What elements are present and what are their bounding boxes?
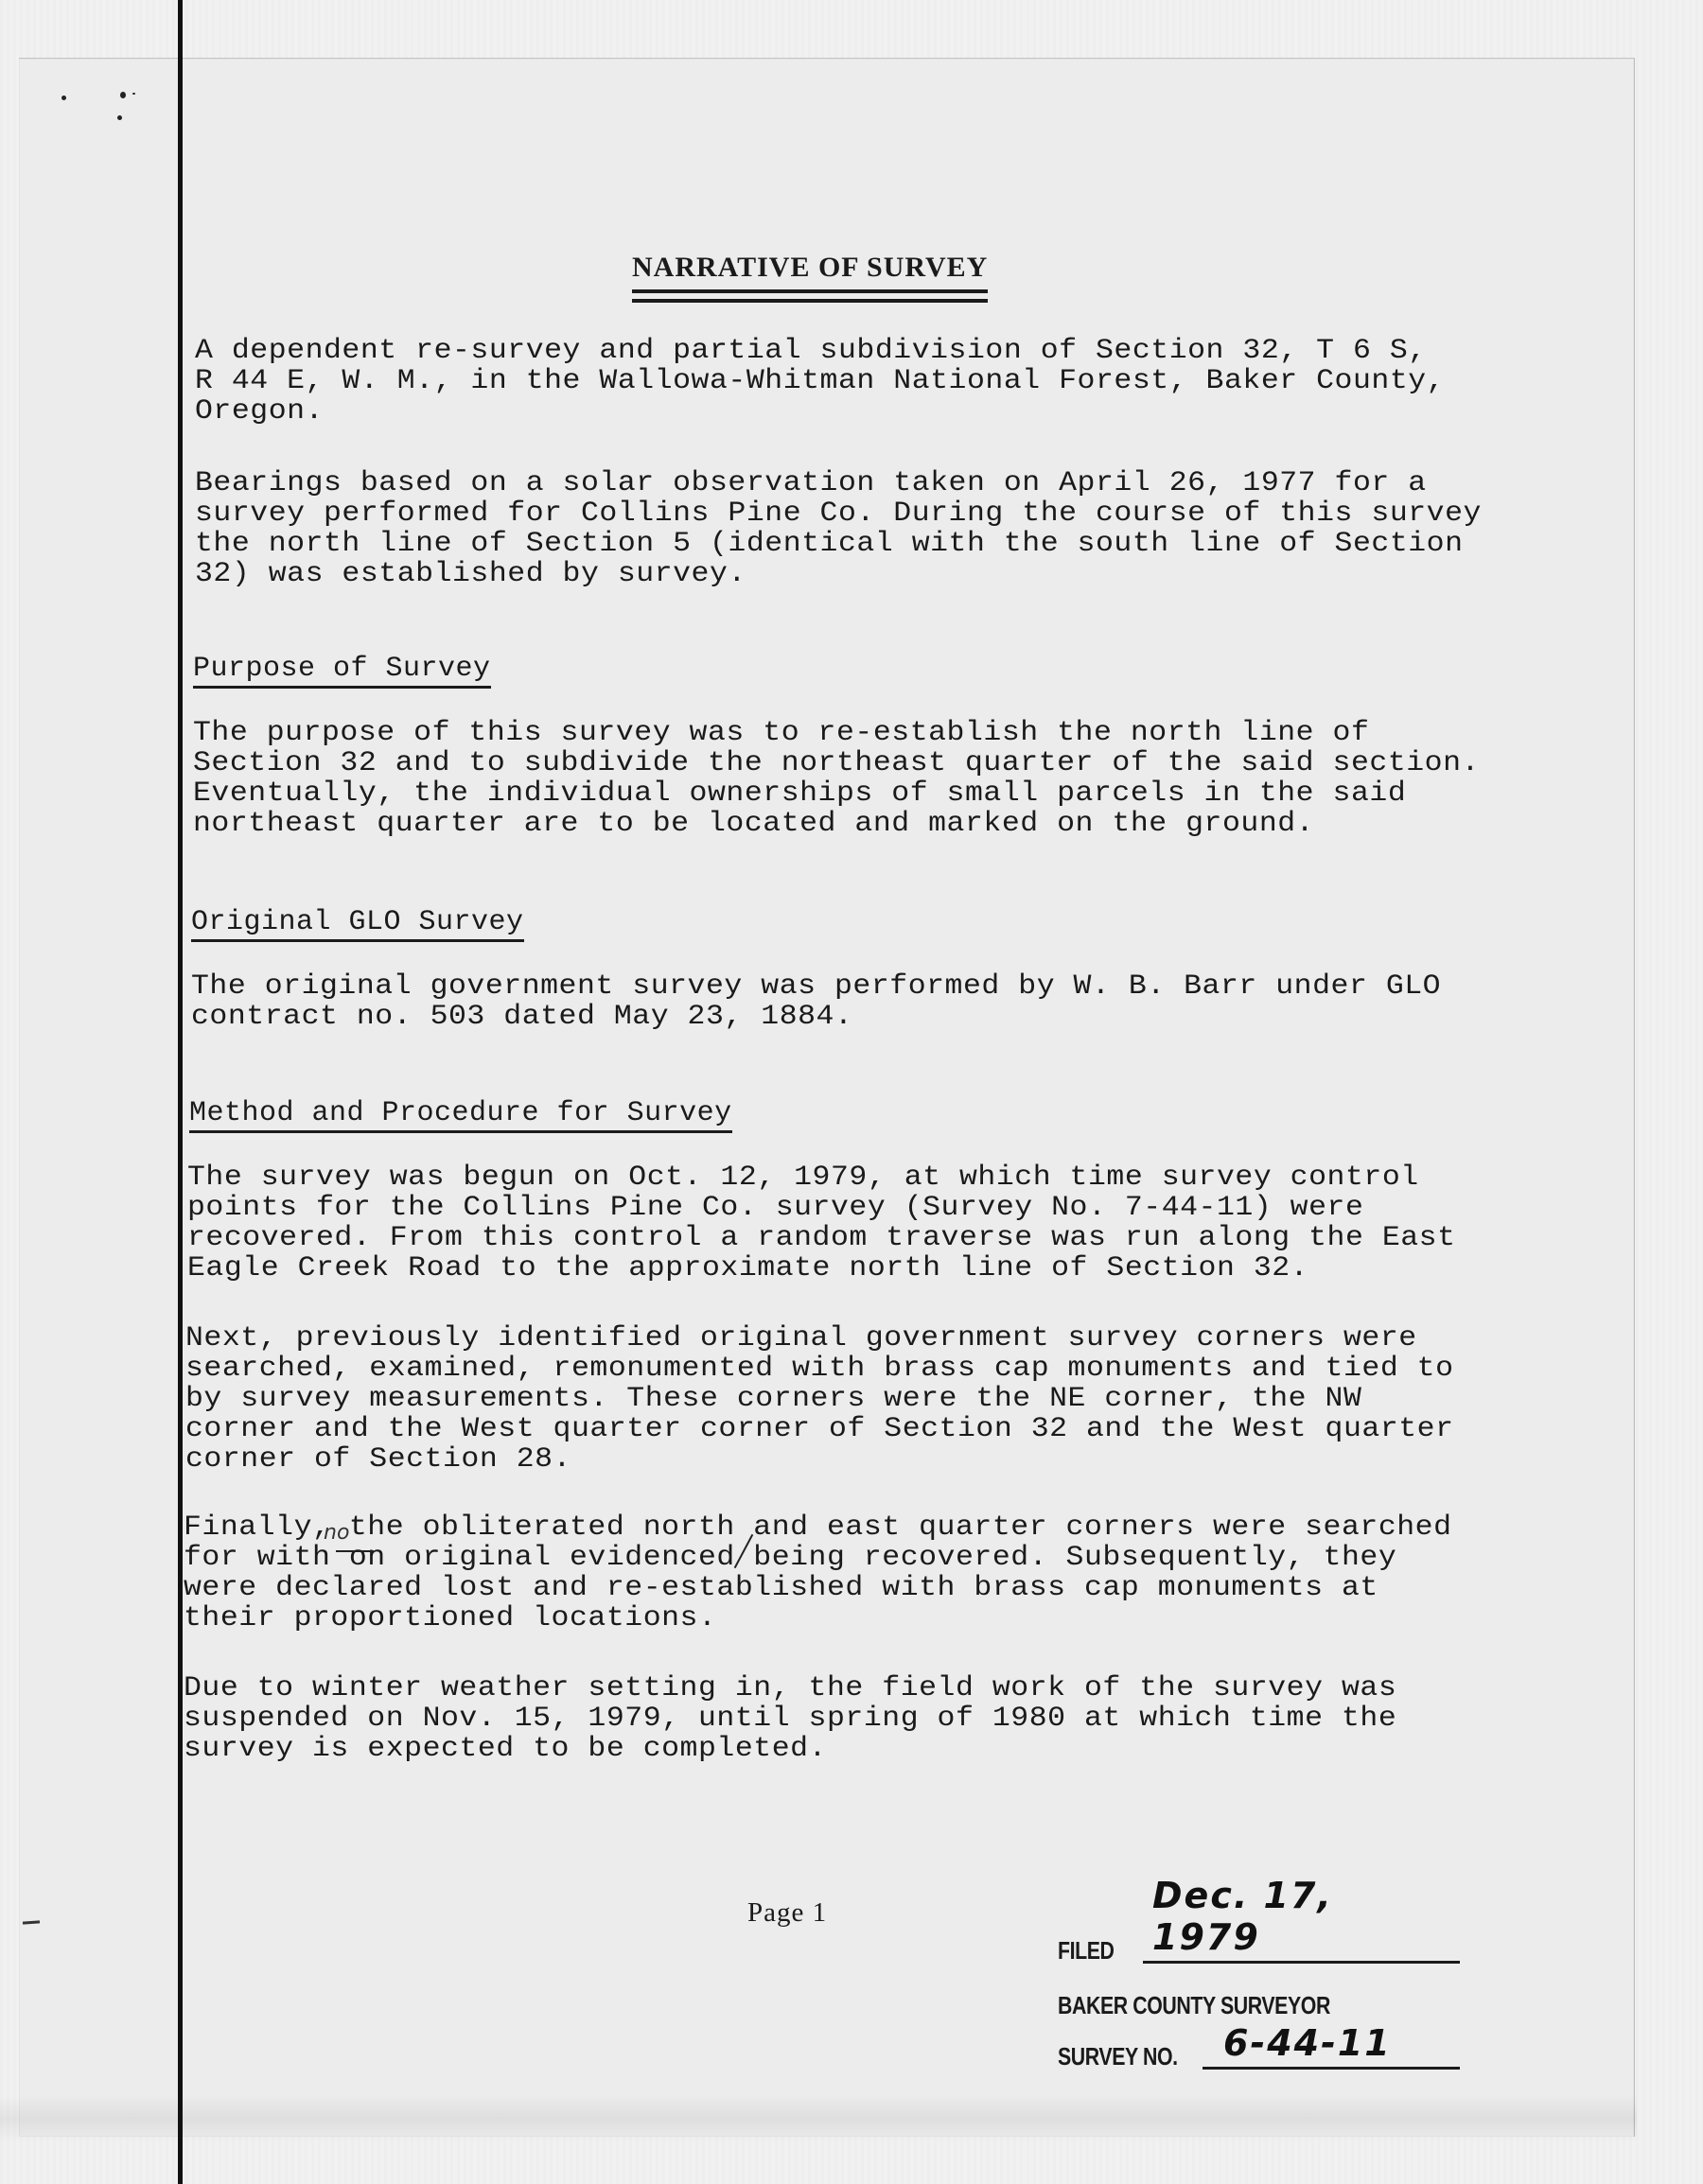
survey-number-underline: [1203, 2067, 1460, 2070]
scan-speck: [132, 93, 135, 95]
scan-speck: [117, 115, 122, 120]
filed-date: Dec. 17, 1979: [1152, 1875, 1436, 1958]
filed-label: FILED: [1058, 1936, 1115, 1966]
scan-smudge: [0, 2095, 1637, 2142]
filed-row: FILED Dec. 17, 1979: [1058, 1920, 1436, 1973]
method-paragraph-4: Due to winter weather setting in, the fi…: [184, 1673, 1396, 1764]
office-label: BAKER COUNTY SURVEYOR: [1058, 1991, 1330, 2020]
bearings-paragraph: Bearings based on a solar observation ta…: [195, 468, 1482, 589]
section-heading-method: Method and Procedure for Survey: [189, 1098, 732, 1133]
scan-speck: [120, 92, 126, 98]
office-row: BAKER COUNTY SURVEYOR: [1058, 1973, 1436, 2026]
scan-speck: [61, 96, 66, 100]
section-heading-purpose: Purpose of Survey: [193, 654, 491, 689]
page-number: Page 1: [747, 1897, 827, 1929]
binding-margin-line: [178, 0, 183, 2184]
survey-number-label: SURVEY NO.: [1058, 2042, 1178, 2071]
strikethrough-mark: [336, 1550, 374, 1552]
intro-paragraph: A dependent re-survey and partial subdiv…: [195, 336, 1445, 427]
handwritten-correction: no: [324, 1521, 349, 1545]
document-title: NARRATIVE OF SURVEY: [632, 252, 988, 293]
filing-stamp: FILED Dec. 17, 1979 BAKER COUNTY SURVEYO…: [1058, 1920, 1436, 2079]
survey-number-row: SURVEY NO. 6-44-11: [1058, 2026, 1436, 2079]
method-paragraph-1: The survey was begun on Oct. 12, 1979, a…: [187, 1162, 1456, 1284]
survey-number: 6-44-11: [1223, 2022, 1392, 2064]
original-glo-paragraph: The original government survey was perfo…: [191, 971, 1441, 1032]
purpose-paragraph: The purpose of this survey was to re-est…: [193, 718, 1480, 839]
filed-underline: [1143, 1961, 1460, 1964]
method-paragraph-3: Finally, the obliterated north and east …: [184, 1512, 1452, 1634]
section-heading-original-glo: Original GLO Survey: [191, 907, 524, 942]
method-paragraph-2: Next, previously identified original gov…: [185, 1323, 1454, 1475]
